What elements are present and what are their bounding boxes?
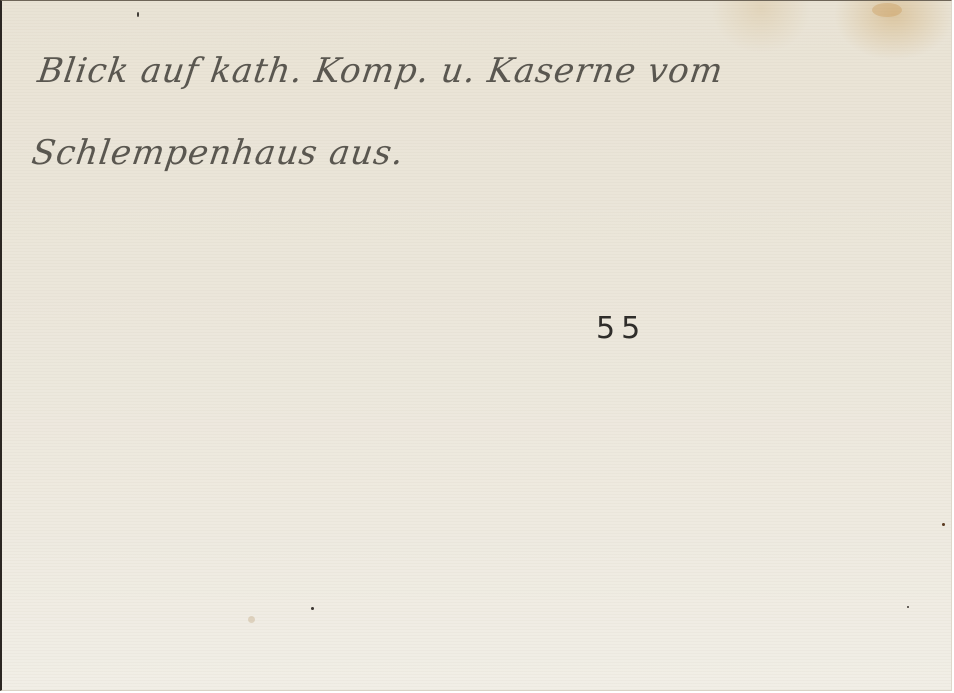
paper-stain [872,3,902,17]
handwritten-caption-line-2: Schlempenhaus aus. [29,133,407,173]
paper-speck [907,606,909,608]
page-number-annotation: 55 [596,311,646,346]
handwritten-caption-line-1: Blick auf kath. Komp. u. Kaserne vom [35,51,726,91]
paper-speck [942,523,945,526]
paper-speck [137,12,139,17]
paper-speck [311,607,314,610]
paper-stain [248,616,255,623]
postcard-back: Blick auf kath. Komp. u. Kaserne vom Sch… [0,0,952,691]
